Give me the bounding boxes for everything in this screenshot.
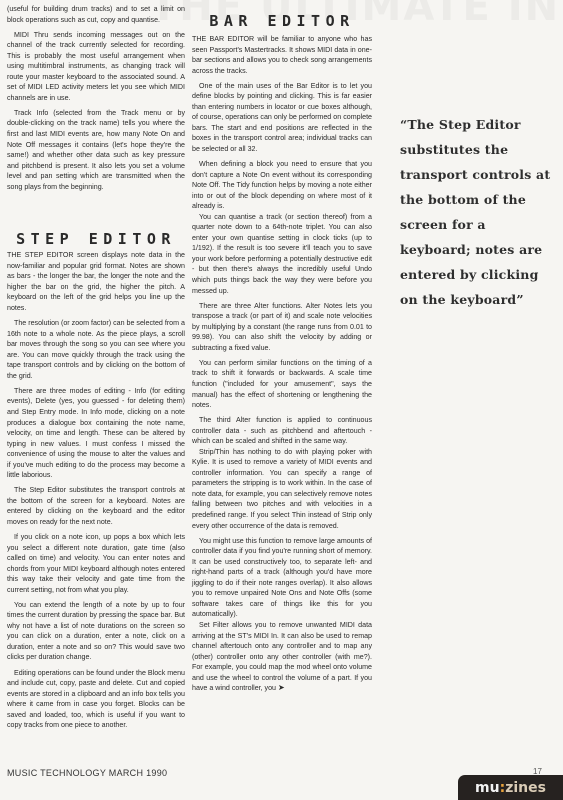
middle-column: BAR EDITOR THE BAR EDITOR will be famili… [192, 4, 372, 694]
logo-text-mu: mu [475, 780, 500, 796]
paragraph: You can perform similar functions on the… [192, 358, 372, 411]
left-column: (useful for building drum tracks) and to… [7, 4, 185, 731]
paragraph: You can extend the length of a note by u… [7, 600, 185, 663]
paragraph: THE STEP EDITOR screen displays note dat… [7, 250, 185, 313]
paragraph: The Step Editor substitutes the transpor… [7, 485, 185, 527]
paragraph: There are three Alter functions. Alter N… [192, 301, 372, 354]
logo-text-zines: zines [505, 780, 546, 796]
paragraph: If you click on a note icon, up pops a b… [7, 532, 185, 595]
paragraph: Strip/Thin has nothing to do with playin… [192, 447, 372, 531]
section-heading-step-editor: STEP EDITOR [7, 230, 185, 248]
paragraph: (useful for building drum tracks) and to… [7, 4, 185, 25]
muzines-logo[interactable]: mu:zines [458, 775, 563, 800]
paragraph: Set Filter allows you to remove unwanted… [192, 620, 372, 694]
paragraph: There are three modes of editing - Info … [7, 386, 185, 481]
pull-quote: “The Step Editor substitutes the transpo… [400, 112, 560, 312]
paragraph: MIDI Thru sends incoming messages out on… [7, 30, 185, 104]
paragraph: You can quantise a track (or section the… [192, 212, 372, 296]
paragraph: When defining a block you need to ensure… [192, 159, 372, 212]
continue-arrow-icon: ➤ [278, 683, 285, 692]
paragraph: The resolution (or zoom factor) can be s… [7, 318, 185, 381]
magazine-footer: MUSIC TECHNOLOGY MARCH 1990 [7, 768, 167, 778]
paragraph-text: Set Filter allows you to remove unwanted… [192, 621, 372, 692]
section-heading-bar-editor: BAR EDITOR [192, 12, 372, 30]
paragraph: You might use this function to remove la… [192, 536, 372, 620]
paragraph: One of the main uses of the Bar Editor i… [192, 81, 372, 155]
paragraph: Editing operations can be found under th… [7, 668, 185, 731]
paragraph: THE BAR EDITOR will be familiar to anyon… [192, 34, 372, 76]
paragraph: The third Alter function is applied to c… [192, 415, 372, 447]
paragraph: Track Info (selected from the Track menu… [7, 108, 185, 192]
